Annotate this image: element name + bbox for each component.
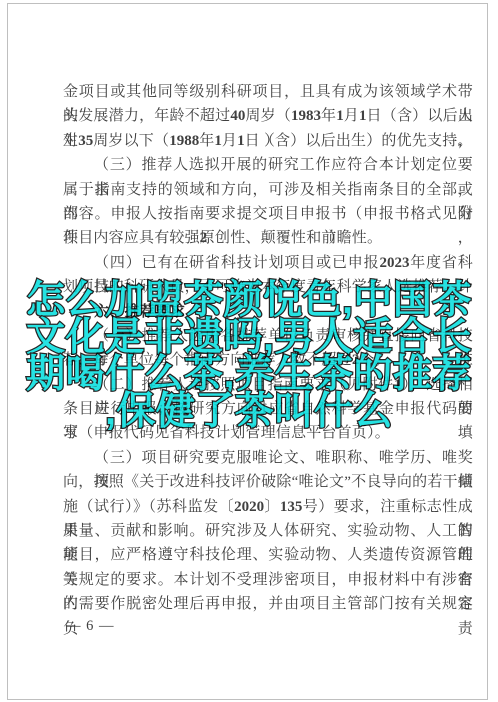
page-number: — 6 — xyxy=(66,618,115,635)
doc-line: 施（试行）》（苏科监发〔2020〕135号）要求，注重标志性成果的 xyxy=(63,495,473,519)
doc-line: 项目，应严格遵守科技伦理、实验动物、人类遗传资源管理等有 xyxy=(63,543,473,567)
doc-line: （一）推荐人选由各推荐单位负责审核并直接向省科技厅推 xyxy=(63,324,473,348)
doc-line: 条目进行申报；按研究方向对应省自然科学基金申报代码要求填 xyxy=(63,397,473,421)
doc-line: （四）已有在研省科技计划项目或已申报2023年度省科技计 xyxy=(63,251,473,275)
doc-line: （三）推荐人选拟开展的研究工作应符合本计划定位要求， xyxy=(63,153,473,177)
doc-line: 关规定的要求。本计划不受理涉密项目，申报材料中有涉密内容 xyxy=(63,568,473,592)
doc-line: 质量、贡献和影响。研究涉及人体研究、实验动物、人工智能的 xyxy=(63,519,473,543)
doc-line: 的发展潜力，年龄不超过40周岁（1983年1月1日（含）以后出生）， xyxy=(63,104,473,128)
doc-line: 内容。申报人按指南要求提交项目申报书（申报书格式见附件2）， xyxy=(63,202,473,226)
doc-line: 六、推荐要求 xyxy=(63,300,473,324)
doc-line: 金项目或其他同等级别科研项目，且具有成为该领域学术带头人 xyxy=(63,80,473,104)
doc-line: 向，按照《关于改进科技评价破除“唯论文”不良导向的若干措 xyxy=(63,470,473,494)
doc-line: （三）项目研究要克服唯论文、唯职称、唯学历、唯奖项倾 xyxy=(63,446,473,470)
doc-line: 属于指南支持的领域和方向，可涉及相关指南条目的全部或部分 xyxy=(63,178,473,202)
doc-line: 的需要作脱密处理后再申报，并由项目主管部门按有关规定负责 xyxy=(63,592,473,616)
doc-line: 对35周岁以下（1988年1月1日（含）以后出生）的优先支持。 xyxy=(63,129,473,153)
document-text-block: 金项目或其他同等级别科研项目，且具有成为该领域学术带头人的发展潜力，年龄不超过4… xyxy=(63,80,473,617)
doc-line: （二）推荐人选按照项目指南要求（见附件1），选择相应的 xyxy=(63,373,473,397)
doc-line: 划项目的科研人员，不可作为本年度青年科学家人选推荐。 xyxy=(63,275,473,299)
